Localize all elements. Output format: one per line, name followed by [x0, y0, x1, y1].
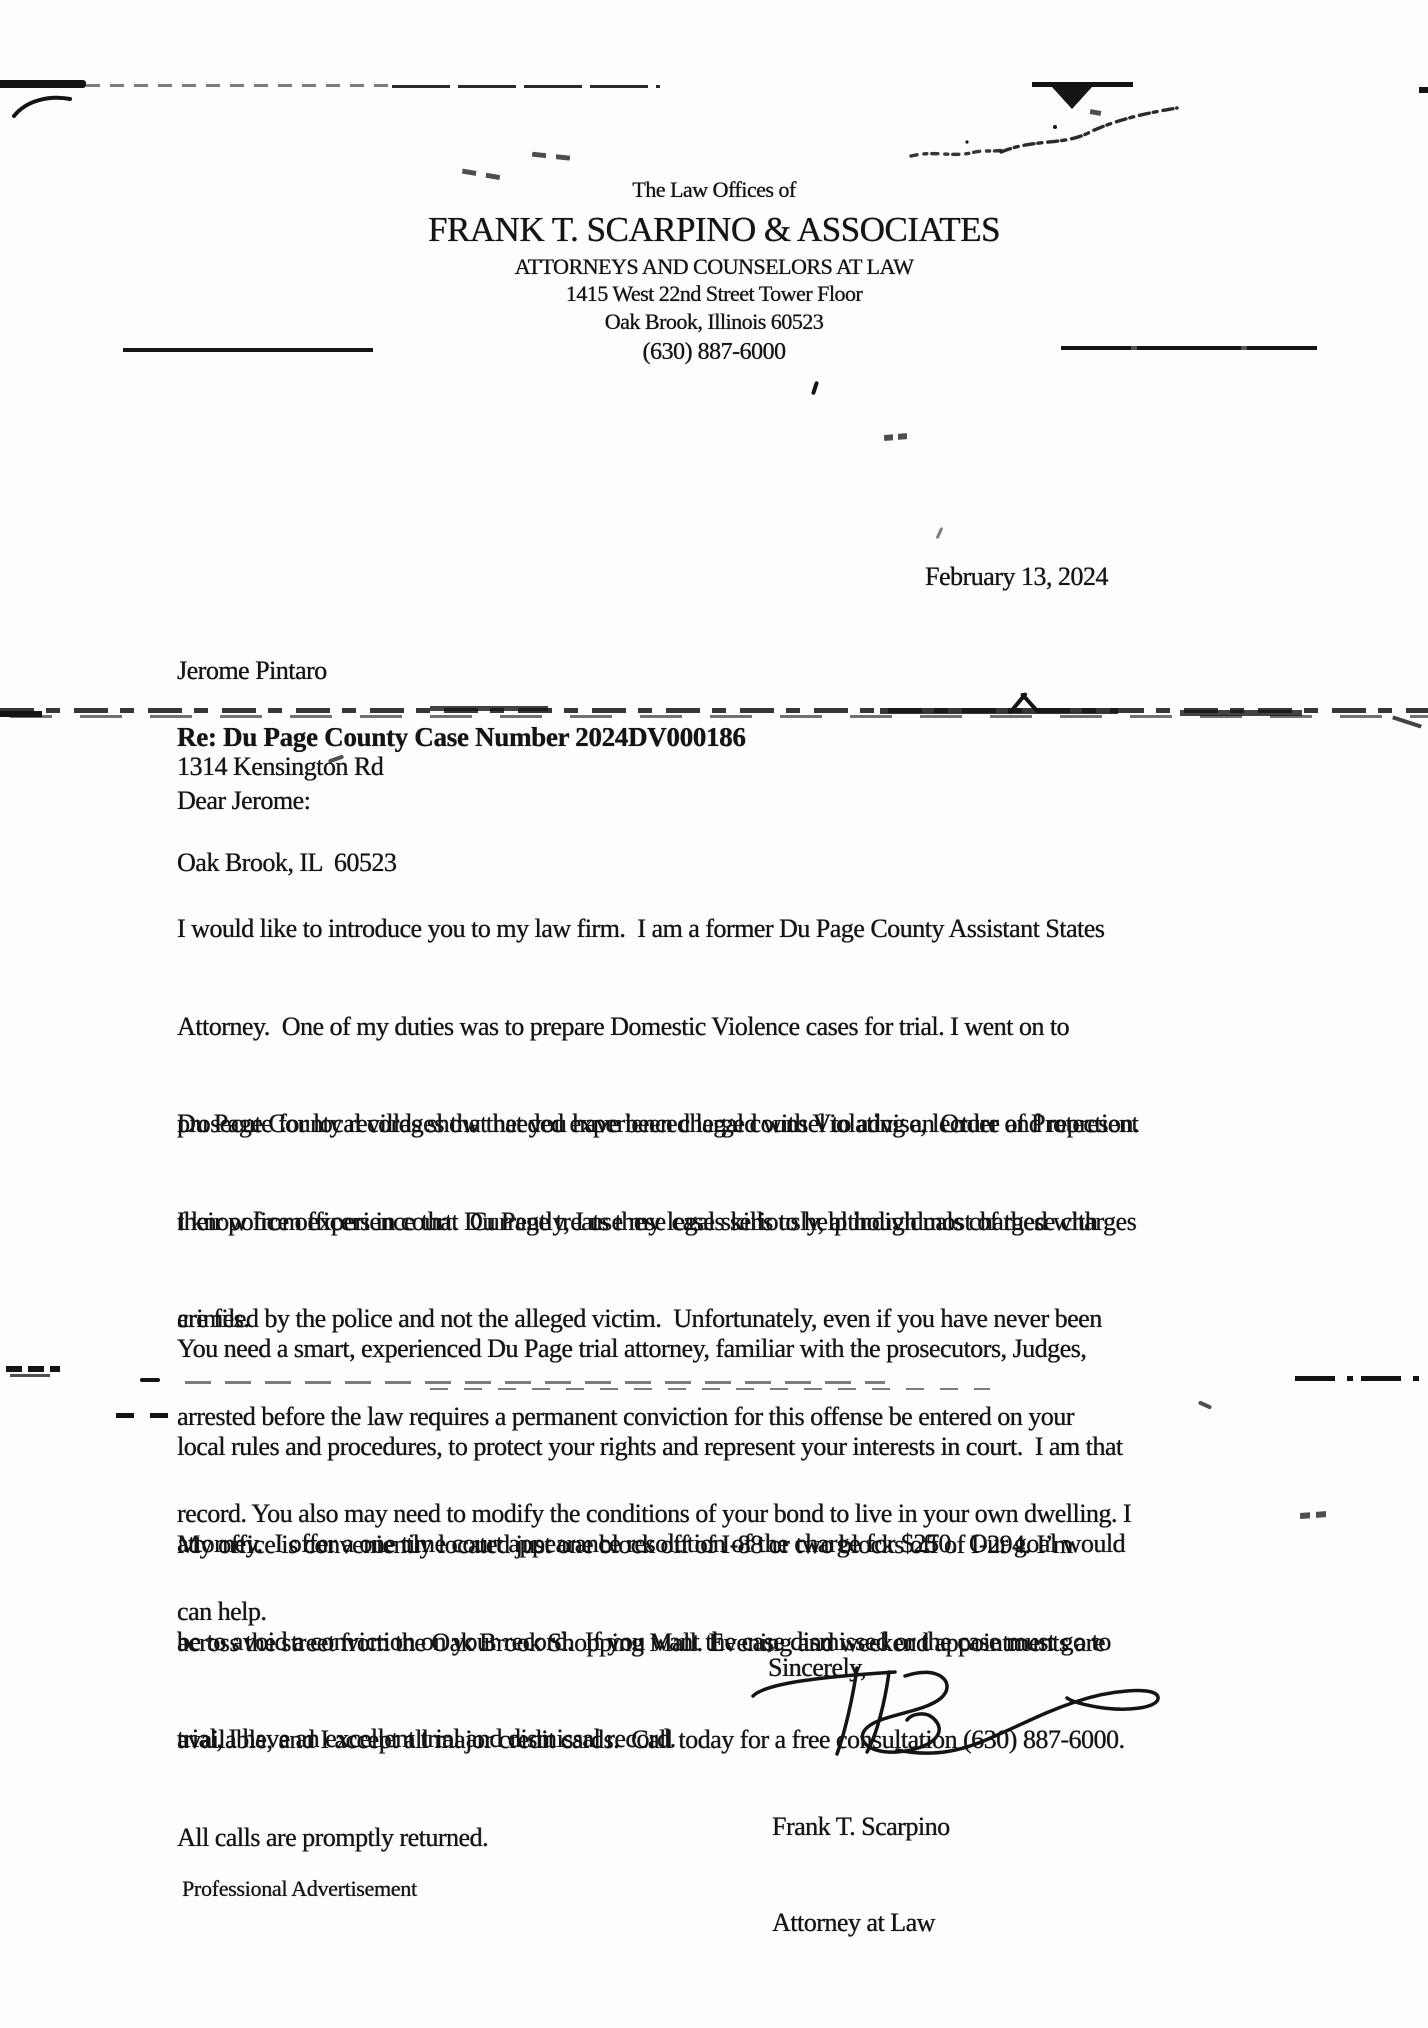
letterhead-tagline: The Law Offices of: [0, 176, 1428, 204]
paragraph-line: My office is conveniently located just o…: [177, 1529, 1125, 1562]
scan-artifact-header-smudge-right: [532, 152, 576, 162]
signer-name: Frank T. Scarpino: [772, 1811, 950, 1843]
letter-page: The Law Offices of FRANK T. SCARPINO & A…: [0, 0, 1428, 2028]
paragraph-line: All calls are promptly returned.: [177, 1822, 1125, 1855]
scan-artifact-smudge-mid: [884, 433, 908, 441]
signature-scrawl: [745, 1662, 1165, 1757]
letterhead-subtitle: ATTORNEYS AND COUNSELORS AT LAW: [0, 253, 1428, 281]
scan-artifact-wisp-trail: [905, 100, 1185, 165]
footer-disclaimer: Professional Advertisement: [182, 1875, 417, 1903]
scan-artifact-tick-right-of-address: [936, 527, 944, 539]
signer-block: Frank T. Scarpino Attorney at Law: [772, 1747, 950, 2003]
scan-artifact-top-dotted-line: [86, 84, 390, 87]
letterhead-phone: (630) 887-6000: [0, 337, 1428, 367]
scan-artifact-right-smudge-p4: [1300, 1511, 1328, 1519]
recipient-name: Jerome Pintaro: [177, 655, 396, 687]
paragraph-line: Du Page County records show that you hav…: [177, 1108, 1139, 1141]
date-line: February 13, 2024: [925, 561, 1108, 594]
scan-artifact-strike-2: [430, 1388, 990, 1390]
paragraph-line: You need a smart, experienced Du Page tr…: [177, 1333, 1125, 1366]
letterhead-address-line2: Oak Brook, Illinois 60523: [0, 308, 1428, 336]
signer-title: Attorney at Law: [772, 1907, 950, 1939]
scan-artifact-right-edge-tick: [1419, 87, 1428, 93]
scan-artifact-left-margin-smear2: [10, 1374, 50, 1377]
scan-artifact-left-dashes-2: [116, 1413, 180, 1418]
letterhead-rule-right: [1061, 346, 1317, 350]
scan-artifact-tick-below-phone: [811, 381, 819, 396]
firm-name: FRANK T. SCARPINO & ASSOCIATES: [0, 206, 1428, 254]
re-line: Re: Du Page County Case Number 2024DV000…: [177, 722, 746, 752]
paragraph-line: local rules and procedures, to protect y…: [177, 1431, 1125, 1464]
recipient-street: 1314 Kensington Rd: [177, 751, 396, 783]
paragraph-line: Attorney. One of my duties was to prepar…: [177, 1011, 1138, 1044]
paragraph-line: I would like to introduce you to my law …: [177, 913, 1138, 946]
letterhead-rule-left: [123, 348, 373, 352]
scan-artifact-top-line: [392, 85, 660, 88]
letterhead-address-line1: 1415 West 22nd Street Tower Floor: [0, 280, 1428, 308]
scan-artifact-under-go-to: [1198, 1400, 1212, 1409]
paragraph-line: I know from experience that Du Page trea…: [177, 1206, 1139, 1239]
salutation: Dear Jerome:: [177, 785, 310, 818]
scan-artifact-right-dashes: [1295, 1376, 1423, 1381]
scan-artifact-left-margin-smear: [6, 1366, 60, 1372]
scan-artifact-left-dash: [140, 1378, 160, 1382]
scan-artifact-left-swoosh: [10, 92, 74, 120]
scan-artifact-strike-1: [185, 1381, 885, 1384]
paragraph-line: across the street from the Oak Brook Sho…: [177, 1627, 1125, 1660]
scan-artifact-top-blob: [0, 80, 86, 88]
